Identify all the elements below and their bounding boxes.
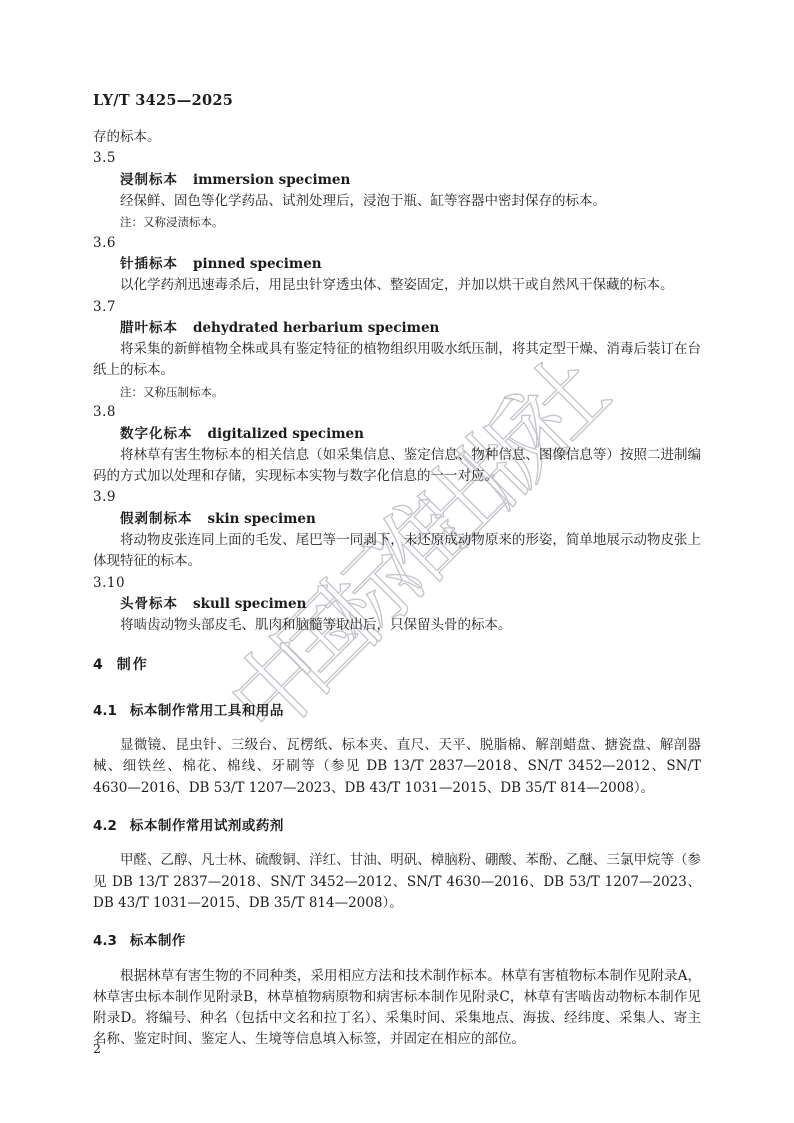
term-title-en: dehydrated herbarium specimen	[193, 320, 439, 336]
subsection-heading: 4.2标本制作常用试剂或药剂	[93, 816, 701, 837]
term-title-zh: 头骨标本	[120, 596, 178, 612]
term-number: 3.7	[93, 297, 701, 318]
term-title-en: skull specimen	[193, 596, 306, 612]
paragraph: 显微镜、昆虫针、三级台、瓦楞纸、标本夹、直尺、天平、脱脂棉、解剖蜡盘、搪瓷盘、解…	[93, 735, 701, 799]
paragraph: 根据林草有害生物的不同种类，采用相应方法和技术制作标本。林草有害植物标本制作见附…	[93, 966, 701, 1051]
term-number: 3.8	[93, 402, 701, 423]
term-title: 头骨标本skull specimen	[93, 594, 701, 615]
subsection-title: 标本制作常用试剂或药剂	[130, 818, 284, 834]
document-body: 存的标本。 3.5 浸制标本immersion specimen 经保鲜、固色等…	[93, 127, 701, 1051]
term-title: 针插标本pinned specimen	[93, 254, 701, 275]
term-note: 注：又称浸渍标本。	[93, 212, 701, 233]
term-title-en: immersion specimen	[193, 172, 350, 188]
term-title-en: skin specimen	[208, 511, 316, 527]
term-title-en: pinned specimen	[193, 256, 322, 272]
subsection-heading: 4.3标本制作	[93, 931, 701, 952]
section-title: 制作	[117, 657, 149, 673]
term-title: 腊叶标本dehydrated herbarium specimen	[93, 318, 701, 339]
term-number: 3.10	[93, 573, 701, 594]
continuation-text: 存的标本。	[93, 127, 701, 148]
paragraph: 甲醛、乙醇、凡士林、硫酸铜、洋红、甘油、明矾、樟脑粉、硼酸、苯酚、乙醚、三氯甲烷…	[93, 850, 701, 914]
term-definition: 将啮齿动物头部皮毛、肌肉和脑髓等取出后，只保留头骨的标本。	[93, 615, 701, 636]
term-number: 3.5	[93, 148, 701, 169]
term-title: 数字化标本digitalized specimen	[93, 424, 701, 445]
subsection-number: 4.3	[93, 933, 117, 949]
subsection-number: 4.2	[93, 818, 117, 834]
term-title-en: digitalized specimen	[208, 426, 364, 442]
term-definition: 经保鲜、固色等化学药品、试剂处理后，浸泡于瓶、缸等容器中密封保存的标本。	[93, 191, 701, 212]
subsection-title: 标本制作常用工具和用品	[130, 703, 284, 719]
subsection-heading: 4.1标本制作常用工具和用品	[93, 701, 701, 722]
term-definition: 以化学药剂迅速毒杀后，用昆虫针穿透虫体、整姿固定，并加以烘干或自然风干保藏的标本…	[93, 275, 701, 296]
term-definition: 将动物皮张连同上面的毛发、尾巴等一同剥下，未还原成动物原来的形姿，简单地展示动物…	[93, 530, 701, 573]
term-title-zh: 假剥制标本	[120, 511, 193, 527]
section-heading: 4制作	[93, 655, 701, 676]
term-title: 假剥制标本skin specimen	[93, 509, 701, 530]
term-title: 浸制标本immersion specimen	[93, 170, 701, 191]
subsection-number: 4.1	[93, 703, 117, 719]
term-number: 3.6	[93, 233, 701, 254]
term-title-zh: 针插标本	[120, 256, 178, 272]
term-title-zh: 浸制标本	[120, 172, 178, 188]
document-page: 中国标准出版社 LY/T 3425—2025 存的标本。 3.5 浸制标本imm…	[0, 0, 794, 1123]
page-number: 2	[93, 1041, 101, 1056]
standard-number-header: LY/T 3425—2025	[93, 92, 233, 109]
term-number: 3.9	[93, 487, 701, 508]
term-title-zh: 数字化标本	[120, 426, 193, 442]
term-note: 注：又称压制标本。	[93, 382, 701, 403]
term-title-zh: 腊叶标本	[120, 320, 178, 336]
term-definition: 将林草有害生物标本的相关信息（如采集信息、鉴定信息、物种信息、图像信息等）按照二…	[93, 445, 701, 488]
term-definition: 将采集的新鲜植物全株或具有鉴定特征的植物组织用吸水纸压制，将其定型干燥、消毒后装…	[93, 339, 701, 382]
subsection-title: 标本制作	[130, 933, 186, 949]
section-number: 4	[93, 657, 103, 673]
